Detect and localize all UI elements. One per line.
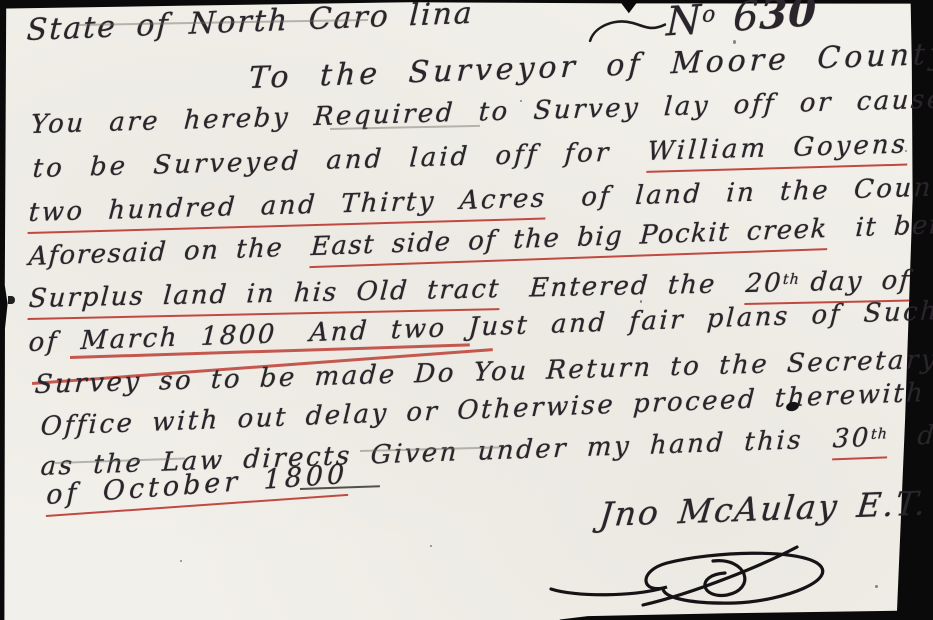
signature-text: Jno McAulay E.T. [598,483,930,534]
issue-day-sup: th [871,426,889,443]
body-line-3: You are hereby Required to Survey lay of… [30,86,933,138]
body-line-5-rest: of land in the County [580,172,933,213]
entry-day-rest: day of [810,265,912,297]
paper-speck [875,585,878,588]
body-line-6-post: it being [855,209,933,243]
body-line-7-mid: Entered the [529,270,718,304]
signature-flourish-icon [545,545,875,609]
body-line-4-text: to be Surveyed and laid off for [32,138,612,184]
paper-speck [640,300,642,303]
paper-speck [180,560,182,562]
document-number: No630 [588,0,817,48]
body-line-6-pre: Aforesaid on the [28,233,284,272]
entry-day-number: 20 [745,268,784,299]
paper-speck [8,296,15,304]
signature-line: Jno McAulay E.T. [598,486,929,531]
paper-speck [520,100,522,102]
scanned-document-page: State of North Caro lina No630 To the Su… [0,0,933,620]
paper-speck [905,150,907,152]
paper-speck [733,40,736,44]
scan-edge-left [0,0,8,620]
number-flourish-icon [588,11,666,47]
entry-day-sup: th [782,272,800,288]
paper-speck [260,342,262,344]
issue-day-number: 30 [832,423,872,454]
grantee-name-underlined: William Goyens [646,129,909,172]
number-digits-bold: 30 [759,0,817,39]
number-letter: N [666,0,703,46]
body-line-11-post: day [917,419,933,451]
paper-speck [430,545,432,547]
issue-day-underlined: 30th [832,422,889,460]
body-line-4: to be Surveyed and laid off for William … [32,132,909,182]
number-letter-sup: o [702,2,717,28]
number-digit-light: 6 [733,0,760,41]
